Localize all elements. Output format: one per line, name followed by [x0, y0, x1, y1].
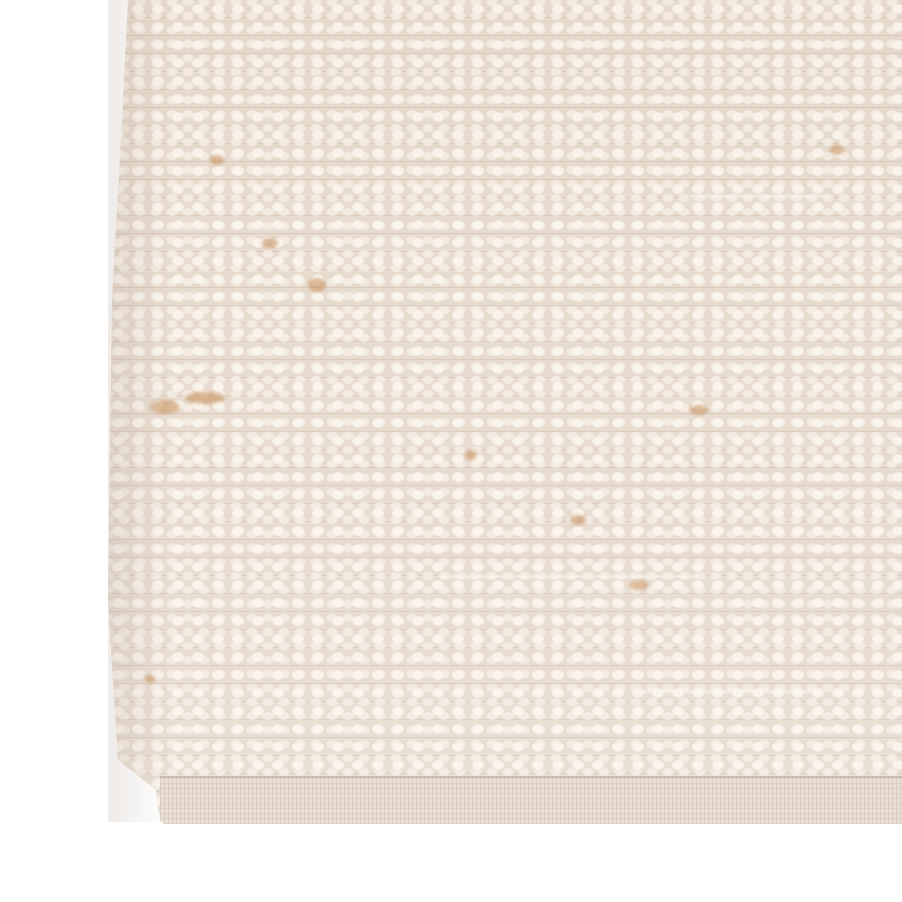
jute-fiber-spot [465, 450, 477, 460]
rug-binding-edge [160, 776, 902, 824]
jute-fiber-spot [830, 145, 844, 155]
jute-fiber-spot [690, 405, 708, 415]
light-fiber-streak [690, 195, 830, 198]
jute-fiber-spot [630, 580, 648, 590]
jute-fiber-spot [150, 400, 180, 414]
light-fiber-streak [440, 575, 700, 578]
jute-fiber-spot [262, 238, 278, 248]
jute-fiber-spot [308, 278, 326, 292]
jute-fiber-spot [210, 155, 224, 165]
jute-fiber-spot [570, 515, 586, 525]
rug-body [108, 0, 902, 822]
light-fiber-streak [640, 690, 820, 693]
jute-fiber-spot [145, 675, 155, 683]
jute-fiber-spot [185, 392, 225, 404]
